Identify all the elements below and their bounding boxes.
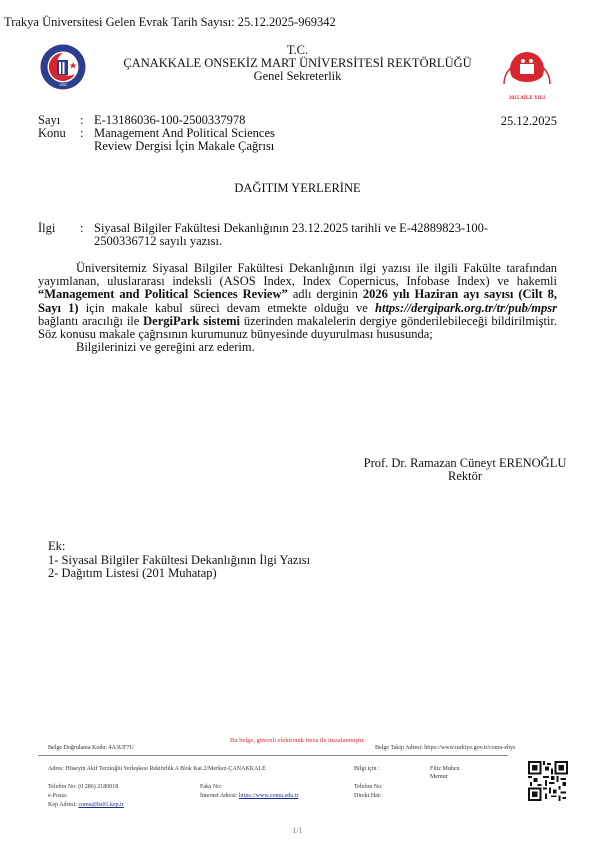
ilgi-value: Siyasal Bilgiler Fakültesi Dekanlığının …	[94, 222, 488, 248]
ilgi-label: İlgi	[38, 222, 80, 248]
letter-body: Üniversitemiz Siyasal Bilgiler Fakültesi…	[38, 262, 557, 354]
svg-text:2025 AİLE YILI: 2025 AİLE YILI	[509, 94, 545, 101]
secure-signature-note: Bu belge, güvenli elektronik imza ile im…	[0, 737, 595, 744]
verification-code: Belge Doğrulama Kodu: 4A3UF7U	[48, 745, 134, 751]
dergipark-link[interactable]: https://dergipark.org.tr/tr/pub/mpsr	[375, 301, 557, 315]
tracking-address: Belge Takip Adresi: https://www.turkiye.…	[375, 745, 515, 751]
journal-name: “Management and Political Sciences Revie…	[38, 287, 288, 301]
fax-label: Faks No:	[200, 784, 222, 790]
info-label: Bilgi için :	[354, 766, 380, 772]
reference: İlgi : Siyasal Bilgiler Fakültesi Dekanl…	[38, 222, 488, 248]
body-paragraph: Üniversitemiz Siyasal Bilgiler Fakültesi…	[38, 262, 557, 341]
konu-label: Konu	[38, 127, 80, 153]
web-link[interactable]: https://www.comu.edu.tr	[239, 793, 298, 799]
document-meta: Sayı : E-13186036-100-2500337978 Konu : …	[38, 114, 275, 153]
attachment-item: 2- Dağıtım Listesi (201 Muhatap)	[48, 567, 310, 581]
info-direct-label: Direkt Hat:	[354, 793, 381, 799]
info-name: Filiz Muhcu	[430, 766, 460, 772]
kep-link[interactable]: comu@hs01.kep.tr	[78, 802, 124, 808]
address: Adres: Hüseyin Akif Terzioğlu Yerleşkesi…	[48, 766, 266, 772]
distribution-heading: DAĞITIM YERLERİNE	[0, 181, 595, 196]
family-year-logo-icon: 2025 AİLE YILI	[498, 44, 556, 102]
footer-divider	[38, 755, 508, 756]
attachments: Ek: 1- Siyasal Bilgiler Fakültesi Dekanl…	[48, 540, 310, 581]
signatory-title: Rektör	[340, 470, 590, 483]
email-label: e-Posta:	[48, 793, 67, 799]
konu-value: Management And Political Sciences Review…	[94, 127, 275, 153]
document-date: 25.12.2025	[501, 114, 557, 129]
web-address: İnternet Adresi: https://www.comu.edu.tr	[200, 793, 298, 799]
phone: Telefon No: (0 286) 2180018	[48, 784, 118, 790]
info-phone-label: Telefon No:	[354, 784, 383, 790]
kep-address: Kep Adresi: comu@hs01.kep.tr	[48, 802, 124, 808]
attachments-label: Ek:	[48, 540, 310, 554]
closing-line: Bilgilerinizi ve gereğini arz ederim.	[38, 341, 557, 354]
page-number: 1/1	[0, 826, 595, 835]
dergipark-system: DergiPark sistemi	[143, 314, 240, 328]
incoming-document-stamp: Trakya Üniversitesi Gelen Evrak Tarih Sa…	[4, 15, 336, 30]
qr-code-icon	[528, 761, 568, 801]
signature-block: Prof. Dr. Ramazan Cüneyt ERENOĞLU Rektör	[340, 457, 590, 483]
attachment-item: 1- Siyasal Bilgiler Fakültesi Dekanlığın…	[48, 554, 310, 568]
info-role: Memur	[430, 774, 448, 780]
